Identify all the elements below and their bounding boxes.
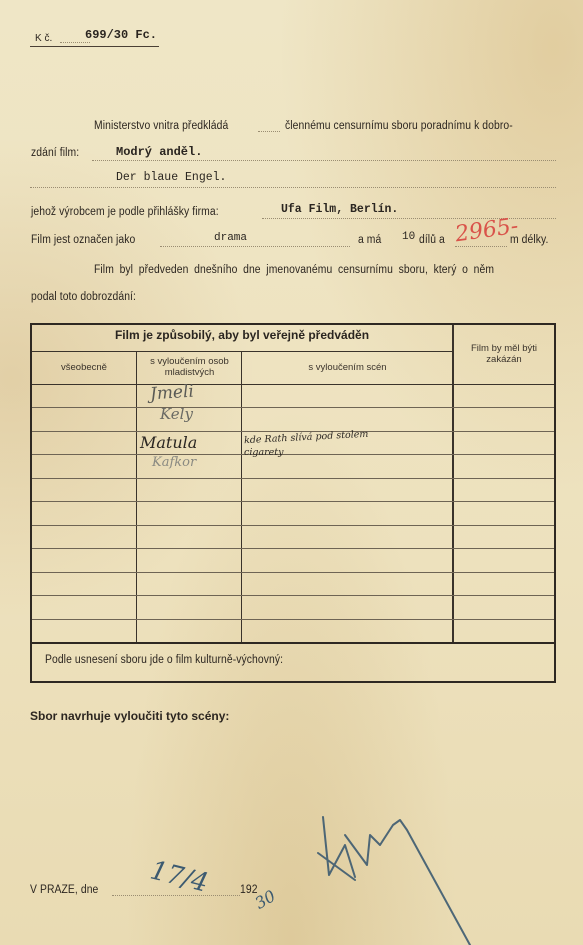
row-line bbox=[32, 595, 554, 596]
col-header-scenes: s vyloučením scén bbox=[243, 362, 452, 373]
date-leader bbox=[112, 895, 240, 896]
genre-leader bbox=[160, 246, 350, 247]
col-divider-1 bbox=[136, 351, 137, 642]
parts-value: 10 bbox=[402, 231, 415, 243]
film-title-german: Der blaue Engel. bbox=[116, 171, 226, 184]
group-header: Film je způsobilý, aby byl veřejně předv… bbox=[32, 330, 452, 341]
intro-blank-leader bbox=[258, 131, 280, 132]
genre-value: drama bbox=[214, 232, 247, 244]
intro-text-2: člennému censurnímu sboru poradnímu k do… bbox=[285, 120, 513, 132]
classification-label: Film jest označen jako bbox=[31, 234, 135, 246]
scene-note-line2: cigarety bbox=[244, 447, 283, 458]
reference-leader bbox=[60, 42, 90, 43]
date-place-label: V PRAZE, dne bbox=[30, 884, 98, 896]
header-bottom bbox=[32, 384, 554, 385]
row-line bbox=[32, 454, 554, 455]
has-label: a má bbox=[358, 234, 381, 246]
length-label: m délky. bbox=[510, 234, 548, 246]
reference-underline bbox=[30, 46, 159, 47]
reference-label: K č. bbox=[35, 33, 52, 44]
reference-number: 699/30 Fc. bbox=[85, 28, 157, 42]
proposal-heading: Sbor navrhuje vyloučiti tyto scény: bbox=[30, 709, 229, 723]
film-title-czech: Modrý anděl. bbox=[116, 145, 202, 159]
row-line bbox=[32, 407, 554, 408]
row-line bbox=[32, 548, 554, 549]
intro-label-film: zdání film: bbox=[31, 147, 79, 159]
col-header-general: všeobecně bbox=[32, 362, 136, 373]
parts-label: dílů a bbox=[419, 234, 445, 246]
col-header-youth: s vyloučením osob mladistvých bbox=[138, 356, 241, 378]
table-footer-cultural: Podle usnesení sboru jde o film kulturně… bbox=[45, 654, 283, 666]
censor-opinion-table: Film je způsobilý, aby byl veřejně předv… bbox=[30, 323, 556, 683]
intro-text-1: Ministerstvo vnitra předkládá bbox=[94, 120, 228, 132]
table-body-bottom bbox=[32, 642, 554, 644]
signature-1: Jmeli bbox=[149, 381, 194, 404]
film-title-german-leader bbox=[30, 187, 556, 188]
film-title-leader bbox=[92, 160, 556, 161]
handwritten-date: 17/4 bbox=[147, 855, 211, 898]
screening-text-2: podal toto dobrozdání: bbox=[31, 291, 136, 303]
signature-2: Kely bbox=[160, 405, 193, 423]
row-line bbox=[32, 619, 554, 620]
row-line bbox=[32, 572, 554, 573]
signature-stroke bbox=[315, 805, 475, 945]
row-line bbox=[32, 525, 554, 526]
row-line bbox=[32, 478, 554, 479]
producer-label: jehož výrobcem je podle přihlášky firma: bbox=[31, 206, 219, 218]
row-line bbox=[32, 501, 554, 502]
col-divider-2 bbox=[241, 351, 242, 642]
signature-4: Kafkor bbox=[152, 455, 196, 470]
signature-3: Matula bbox=[140, 433, 197, 452]
producer-value: Ufa Film, Berlín. bbox=[281, 203, 398, 216]
screening-text-1: Film byl předveden dnešního dne jmenovan… bbox=[94, 264, 494, 276]
header-divider bbox=[32, 351, 452, 352]
col-header-banned: Film by měl býti zakázán bbox=[462, 343, 546, 365]
